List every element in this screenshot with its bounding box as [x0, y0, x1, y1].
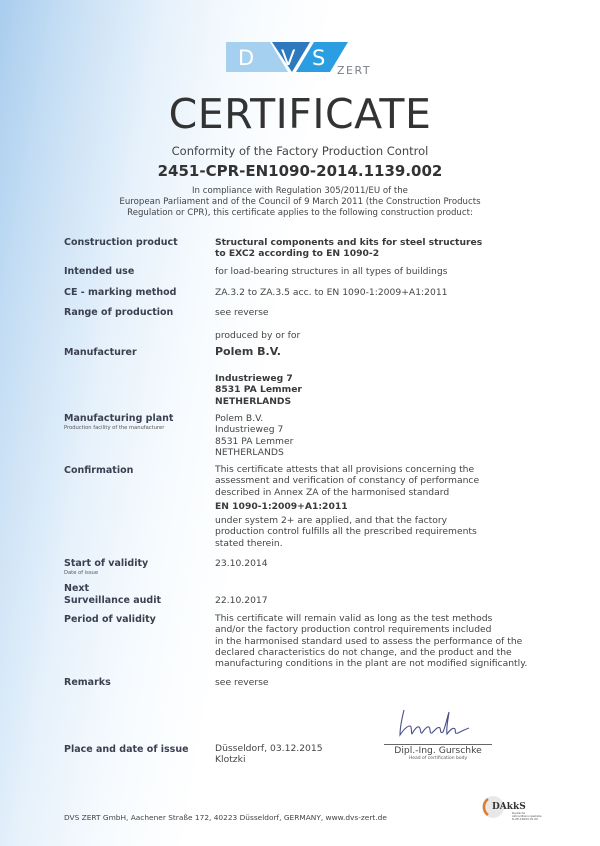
plant-sublabel: Production facility of the manufacturer	[64, 425, 173, 431]
confirmation-label: Confirmation	[64, 465, 133, 477]
manufacturer-name: Polem B.V.	[215, 346, 281, 357]
manufacturer-address: Industrieweg 7 8531 PA Lemmer NETHERLAND…	[215, 373, 302, 407]
handwritten-signature	[378, 704, 498, 740]
start-validity-sublabel: Date of issue	[64, 570, 148, 576]
start-validity-value: 23.10.2014	[215, 558, 268, 569]
issue-value: Düsseldorf, 03.12.2015 Klotzki	[215, 743, 323, 766]
ce-marking-value: ZA.3.2 to ZA.3.5 acc. to EN 1090-1:2009+…	[215, 287, 448, 298]
audit-value: 22.10.2017	[215, 595, 268, 606]
range-value: see reverse	[215, 307, 269, 318]
manufacturer-label: Manufacturer	[64, 347, 137, 359]
audit-label: Next Surveillance audit	[64, 583, 161, 607]
signatory-name: Dipl.-Ing. Gurschke	[378, 745, 498, 756]
certificate-title: CERTIFICATE	[0, 90, 600, 138]
signatory-role: Head of certification body	[378, 756, 498, 761]
svg-text:D-ZE-16093-01-00: D-ZE-16093-01-00	[512, 817, 538, 821]
svg-text:ZERT: ZERT	[337, 64, 371, 77]
certificate-subtitle: Conformity of the Factory Production Con…	[0, 144, 600, 158]
period-label: Period of validity	[64, 614, 156, 626]
plant-address: Polem B.V. Industrieweg 7 8531 PA Lemmer…	[215, 413, 293, 458]
construction-product-value: Structural components and kits for steel…	[215, 237, 482, 260]
start-validity-label: Start of validity Date of issue	[64, 558, 148, 576]
confirmation-standard: EN 1090-1:2009+A1:2011	[215, 501, 479, 512]
remarks-label: Remarks	[64, 677, 111, 689]
footer-address: DVS ZERT GmbH, Aachener Straße 172, 4022…	[64, 813, 387, 822]
range-label: Range of production	[64, 307, 173, 319]
signature-block: Dipl.-Ing. Gurschke Head of certificatio…	[378, 704, 498, 761]
dvs-zert-logo: D V S ZERT	[226, 40, 386, 80]
issue-label: Place and date of issue	[64, 744, 189, 756]
svg-text:S: S	[312, 46, 325, 70]
remarks-value: see reverse	[215, 677, 269, 688]
compliance-intro: In compliance with Regulation 305/2011/E…	[0, 186, 600, 219]
confirmation-text: This certificate attests that all provis…	[215, 464, 479, 549]
svg-text:D: D	[238, 46, 254, 70]
certificate-number: 2451-CPR-EN1090-2014.1139.002	[0, 162, 600, 180]
intended-use-value: for load-bearing structures in all types…	[215, 266, 447, 277]
svg-text:V: V	[281, 46, 296, 70]
plant-label: Manufacturing plant Production facility …	[64, 413, 173, 431]
intended-use-label: Intended use	[64, 266, 134, 278]
ce-marking-label: CE - marking method	[64, 287, 176, 299]
construction-product-label: Construction product	[64, 237, 178, 249]
dakks-accreditation-mark: DAkkS Deutsche Akkreditierungsstelle D-Z…	[480, 793, 550, 823]
produced-by-note: produced by or for	[215, 330, 300, 341]
period-text: This certificate will remain valid as lo…	[215, 613, 527, 669]
